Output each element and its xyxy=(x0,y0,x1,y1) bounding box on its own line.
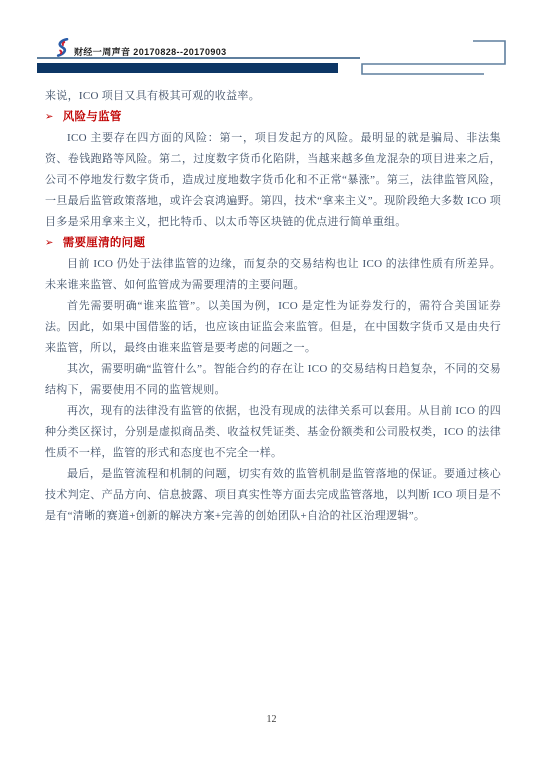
page-number: 12 xyxy=(267,714,277,725)
paragraph: 首先需要明确“谁来监管”。以美国为例，ICO 是定性为证券发行的，需符合美国证券… xyxy=(45,296,501,359)
paragraph: 再次，现有的法律没有监管的依据，也没有现成的法律关系可以套用。从目前 ICO 的… xyxy=(45,401,501,464)
header-navy-bar xyxy=(37,63,338,73)
heading-label: 风险与监管 xyxy=(63,107,122,128)
paragraph: 目前 ICO 仍处于法律监管的边缘，而复杂的交易结构也让 ICO 的法律性质有所… xyxy=(45,254,501,296)
heading-arrow-icon: ➢ xyxy=(45,107,54,128)
heading-label: 需要厘清的问题 xyxy=(63,233,146,254)
section-heading-questions: ➢ 需要厘清的问题 xyxy=(45,233,501,254)
page-footer: 12 xyxy=(0,714,543,725)
section-heading-risk: ➢ 风险与监管 xyxy=(45,107,501,128)
header-underline xyxy=(37,57,360,59)
paragraph: 最后，是监管流程和机制的问题，切实有效的监管机制是监管落地的保证。要通过核心技术… xyxy=(45,464,501,527)
report-page: 财经一周声音 20170828--20170903 来说，ICO 项目又具有极其… xyxy=(0,0,543,768)
brand-logo-icon xyxy=(53,38,70,58)
heading-arrow-icon: ➢ xyxy=(45,233,54,254)
paragraph: 其次，需要明确“监管什么”。智能合约的存在让 ICO 的交易结构日趋复杂，不同的… xyxy=(45,359,501,401)
lead-paragraph: 来说，ICO 项目又具有极其可观的收益率。 xyxy=(45,86,501,107)
paragraph: ICO 主要存在四方面的风险：第一，项目发起方的风险。最明显的就是骗局、非法集资… xyxy=(45,128,501,233)
document-content: 来说，ICO 项目又具有极其可观的收益率。 ➢ 风险与监管 ICO 主要存在四方… xyxy=(45,86,501,527)
